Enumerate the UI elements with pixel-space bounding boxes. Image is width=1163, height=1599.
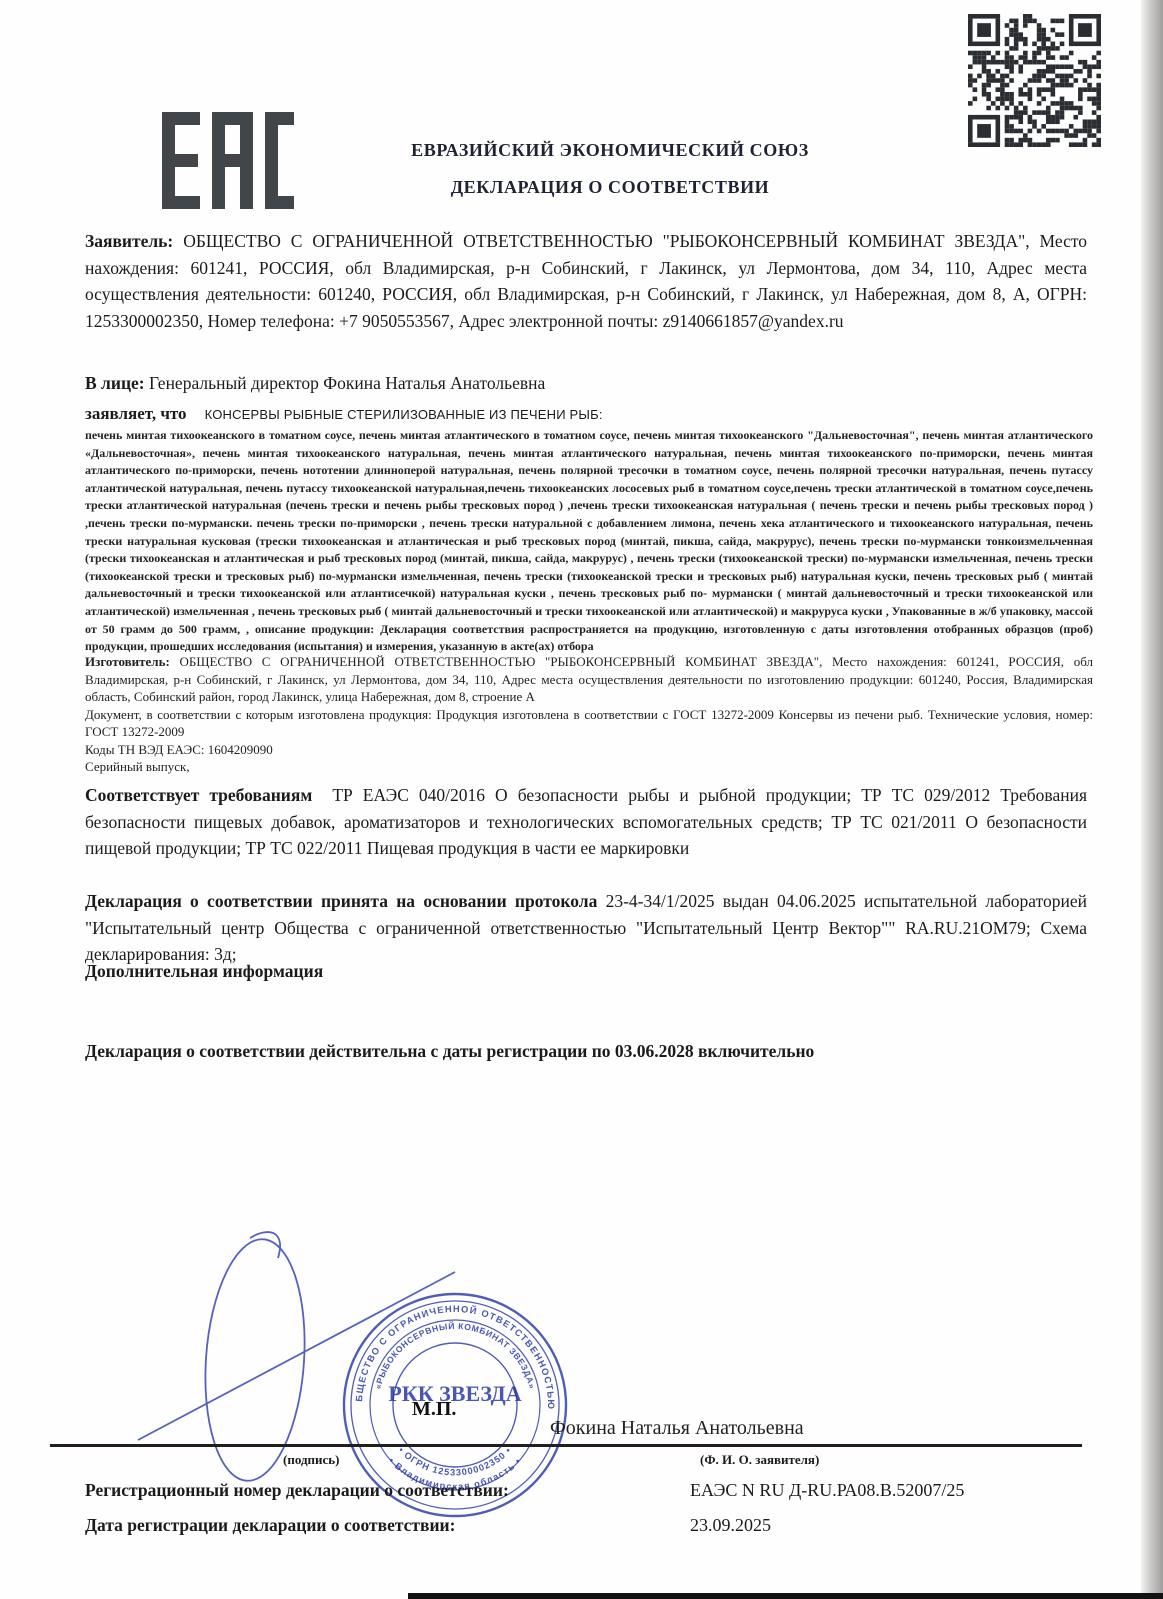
- signature-caption: (подпись): [283, 1452, 339, 1468]
- declaration-page: ЕВРАЗИЙСКИЙ ЭКОНОМИЧЕСКИЙ СОЮЗ ДЕКЛАРАЦИ…: [0, 0, 1163, 1599]
- qr-code: [968, 14, 1101, 147]
- tn-ved-codes-line: Коды ТН ВЭД ЕАЭС: 1604209090: [85, 741, 1093, 759]
- declares-label: заявляет, что: [85, 404, 187, 423]
- manufacturer-text: ОБЩЕСТВО С ОГРАНИЧЕННОЙ ОТВЕТСТВЕННОСТЬЮ…: [85, 654, 1093, 704]
- in-person-text: Генеральный директор Фокина Наталья Анат…: [149, 373, 545, 393]
- fio-caption: (Ф. И. О. заявителя): [700, 1452, 819, 1468]
- scan-bottom-line: [408, 1593, 1163, 1599]
- basis-paragraph: Декларация о соответствии принята на осн…: [85, 888, 1087, 968]
- scan-edge-shadow: [1141, 0, 1163, 1599]
- manufacturer-paragraph: Изготовитель: ОБЩЕСТВО С ОГРАНИЧЕННОЙ ОТ…: [85, 653, 1093, 706]
- basis-label: Декларация о соответствии принята на осн…: [85, 891, 597, 911]
- applicant-paragraph: Заявитель: ОБЩЕСТВО С ОГРАНИЧЕННОЙ ОТВЕТ…: [85, 228, 1087, 334]
- declares-line: заявляет, что КОНСЕРВЫ РЫБНЫЕ СТЕРИЛИЗОВ…: [85, 404, 1093, 424]
- compliance-paragraph: Соответствует требованиям ТР ЕАЭС 040/20…: [85, 782, 1087, 862]
- in-person-label: В лице:: [85, 373, 145, 393]
- signature-rule: [50, 1444, 1082, 1447]
- serial-release-line: Серийный выпуск,: [85, 758, 1093, 776]
- compliance-label: Соответствует требованиям: [85, 785, 312, 805]
- registration-number-value: ЕАЭС N RU Д-RU.РА08.В.52007/25: [690, 1480, 964, 1501]
- mp-seal-placeholder: М.П.: [412, 1398, 456, 1421]
- validity-line: Декларация о соответствии действительна …: [85, 1038, 1087, 1065]
- document-title: ДЕКЛАРАЦИЯ О СООТВЕТСТВИИ: [240, 177, 980, 198]
- applicant-text: ОБЩЕСТВО С ОГРАНИЧЕННОЙ ОТВЕТСТВЕННОСТЬЮ…: [85, 231, 1087, 331]
- signatory-name: Фокина Наталья Анатольевна: [550, 1417, 804, 1440]
- additional-info-label: Дополнительная информация: [85, 958, 1087, 985]
- union-title: ЕВРАЗИЙСКИЙ ЭКОНОМИЧЕСКИЙ СОЮЗ: [240, 140, 980, 161]
- registration-number-label: Регистрационный номер декларации о соотв…: [85, 1480, 509, 1501]
- in-person-paragraph: В лице: Генеральный директор Фокина Ната…: [85, 370, 1087, 397]
- product-details: печень минтая тихоокеанского в томатном …: [85, 427, 1093, 656]
- manufacturer-block: Изготовитель: ОБЩЕСТВО С ОГРАНИЧЕННОЙ ОТ…: [85, 653, 1093, 776]
- manufacture-document-line: Документ, в соответствии с которым изгот…: [85, 706, 1093, 741]
- registration-date-value: 23.09.2025: [690, 1515, 771, 1536]
- applicant-label: Заявитель:: [85, 231, 173, 251]
- product-heading: КОНСЕРВЫ РЫБНЫЕ СТЕРИЛИЗОВАННЫЕ ИЗ ПЕЧЕН…: [205, 407, 603, 422]
- manufacturer-label: Изготовитель:: [85, 654, 170, 669]
- registration-date-label: Дата регистрации декларации о соответств…: [85, 1515, 455, 1536]
